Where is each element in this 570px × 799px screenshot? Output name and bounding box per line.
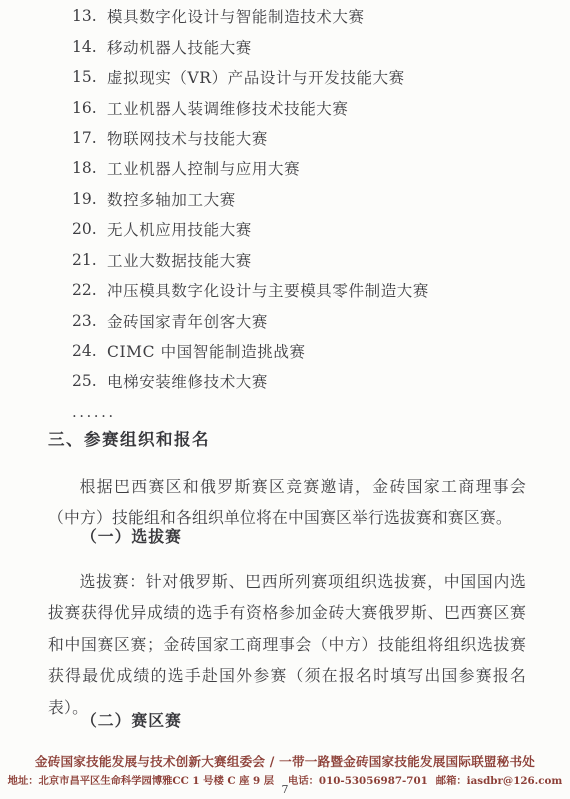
list-item: 13. 模具数字化设计与智能制造技术大赛 xyxy=(72,1,532,31)
list-item: 22. 冲压模具数字化设计与主要模具零件制造大赛 xyxy=(72,275,532,305)
list-item-label: 工业机器人控制与应用大赛 xyxy=(107,157,300,179)
list-item-number: 13. xyxy=(72,7,107,25)
list-item-label: 虚拟现实（VR）产品设计与开发技能大赛 xyxy=(107,66,405,88)
list-item-label: 电梯安装维修技术大赛 xyxy=(107,370,268,392)
list-item-number: 23. xyxy=(72,312,107,330)
list-item: 21. 工业大数据技能大赛 xyxy=(72,245,532,275)
section-heading: 三、参赛组织和报名 xyxy=(48,426,210,450)
page-number: 7 xyxy=(0,783,570,796)
selection-paragraph: 选拔赛：针对俄罗斯、巴西所列赛项组织选拔赛，中国国内选拔赛获得优异成绩的选手有资… xyxy=(48,566,526,724)
competition-list: 13. 模具数字化设计与智能制造技术大赛 14. 移动机器人技能大赛 15. 虚… xyxy=(72,1,532,397)
document-footer: 金砖国家技能发展与技术创新大赛组委会 / 一带一路暨金砖国家技能发展国际联盟秘书… xyxy=(0,751,570,787)
list-item-number: 15. xyxy=(72,68,107,86)
list-item: 25. 电梯安装维修技术大赛 xyxy=(72,366,532,396)
list-item-label: 模具数字化设计与智能制造技术大赛 xyxy=(107,5,365,27)
subsection-heading-selection: （一）选拔赛 xyxy=(81,524,182,547)
list-item-number: 14. xyxy=(72,38,107,56)
list-item-label: 移动机器人技能大赛 xyxy=(107,36,252,58)
list-item-label: 数控多轴加工大赛 xyxy=(107,188,236,210)
list-item: 20. 无人机应用技能大赛 xyxy=(72,214,532,244)
list-item-label: 金砖国家青年创客大赛 xyxy=(107,310,268,332)
subsection-heading-regional: （二）赛区赛 xyxy=(81,708,182,731)
list-item: 16. 工业机器人装调维修技术技能大赛 xyxy=(72,92,532,122)
list-item-label: 物联网技术与技能大赛 xyxy=(107,127,268,149)
list-item-label: CIMC 中国智能制造挑战赛 xyxy=(107,340,306,362)
document-page: 13. 模具数字化设计与智能制造技术大赛 14. 移动机器人技能大赛 15. 虚… xyxy=(0,0,570,799)
list-item: 15. 虚拟现实（VR）产品设计与开发技能大赛 xyxy=(72,62,532,92)
list-item-number: 18. xyxy=(72,159,107,177)
list-item-number: 22. xyxy=(72,281,107,299)
list-item: 14. 移动机器人技能大赛 xyxy=(72,31,532,61)
list-item-number: 20. xyxy=(72,220,107,238)
list-ellipsis: ...... xyxy=(72,397,116,427)
footer-organization-line: 金砖国家技能发展与技术创新大赛组委会 / 一带一路暨金砖国家技能发展国际联盟秘书… xyxy=(0,751,570,770)
list-item: 24. CIMC 中国智能制造挑战赛 xyxy=(72,336,532,366)
list-item-label: 无人机应用技能大赛 xyxy=(107,218,252,240)
list-item: 19. 数控多轴加工大赛 xyxy=(72,184,532,214)
list-item-number: 19. xyxy=(72,190,107,208)
list-item-number: 21. xyxy=(72,251,107,269)
list-item-number: 25. xyxy=(72,372,107,390)
list-item-label: 冲压模具数字化设计与主要模具零件制造大赛 xyxy=(107,279,429,301)
list-item-label: 工业大数据技能大赛 xyxy=(107,249,252,271)
list-item: 23. 金砖国家青年创客大赛 xyxy=(72,305,532,335)
list-item-number: 16. xyxy=(72,99,107,117)
list-item: 18. 工业机器人控制与应用大赛 xyxy=(72,153,532,183)
list-item: 17. 物联网技术与技能大赛 xyxy=(72,123,532,153)
list-item-number: 24. xyxy=(72,342,107,360)
list-item-label: 工业机器人装调维修技术技能大赛 xyxy=(107,97,349,119)
list-item-number: 17. xyxy=(72,129,107,147)
